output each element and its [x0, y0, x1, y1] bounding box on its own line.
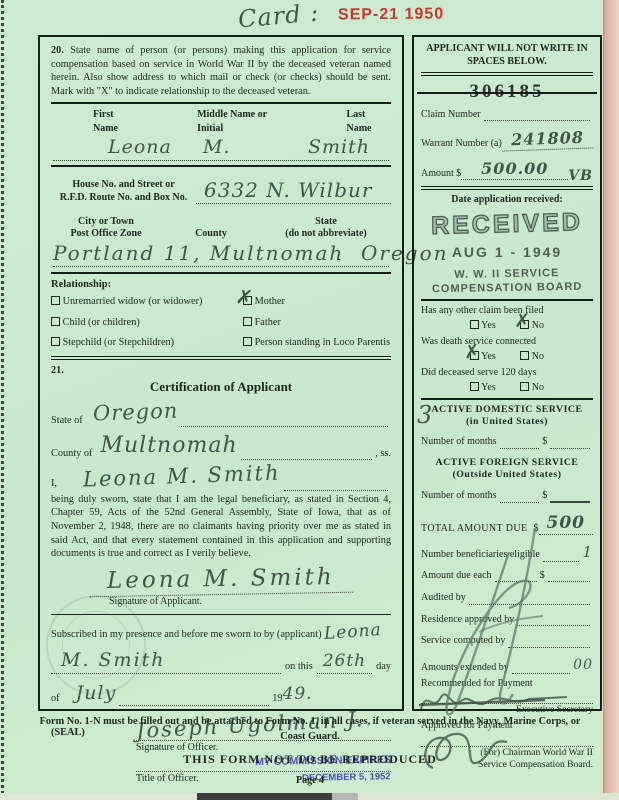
name-header-row: First Name Middle Name or Initial Last N…	[51, 108, 391, 134]
checkbox-loco-parentis[interactable]	[243, 337, 252, 346]
domestic-months-row: Number of months $	[421, 436, 593, 449]
date-received-label: Date application received:	[421, 194, 593, 207]
divider-double	[421, 186, 593, 190]
oath-paragraph: being duly sworn, state that I am the le…	[51, 493, 391, 561]
divider	[51, 165, 391, 167]
state-header: State (do not abbreviate)	[261, 216, 391, 240]
total-due-row: TOTAL AMOUNT DUE $ 500	[421, 513, 593, 535]
checkbox-death-no[interactable]	[520, 351, 529, 360]
page-number: Page 4	[30, 775, 590, 786]
day-value: 26th	[317, 650, 372, 673]
city-header: City or Town Post Office Zone	[51, 216, 161, 240]
item-21-number: 21.	[51, 364, 391, 378]
state-row: State of Oregon	[51, 399, 391, 427]
handwritten-card-note: Card :	[237, 0, 320, 33]
question-death-connected: Was death service connected Yes No	[421, 336, 593, 363]
relationship-grid: Unremarried widow (or widower) Child (or…	[51, 295, 391, 350]
audited-row: Audited by	[421, 592, 593, 605]
foreign-service-header: ACTIVE FOREIGN SERVICE (Outside United S…	[421, 457, 593, 481]
question-120-days: Did deceased serve 120 days Yes No	[421, 367, 593, 394]
certification-title: Certification of Applicant	[51, 378, 391, 395]
first-name-header: First Name	[93, 108, 139, 134]
total-due-value: 500	[539, 513, 593, 535]
amount-value: 500.00	[461, 159, 568, 180]
county-value: Multnomah	[100, 431, 237, 460]
relationship-label: Relationship:	[51, 278, 391, 292]
checkbox-120-yes[interactable]	[470, 382, 479, 391]
office-header: APPLICANT WILL NOT WRITE IN SPACES BELOW…	[421, 42, 593, 68]
ss-label: , ss.	[375, 447, 391, 461]
checkbox-child[interactable]	[51, 317, 60, 326]
divider	[421, 299, 593, 301]
strike-line	[417, 92, 597, 94]
subscribed-first-name: Leona	[323, 619, 382, 645]
relationship-option: Stepchild (or Stepchildren)	[51, 336, 243, 350]
amount-label: Amount $	[421, 168, 461, 181]
divider-double	[421, 72, 593, 76]
bottom-ui-bar	[197, 793, 332, 800]
office-use-box: APPLICANT WILL NOT WRITE IN SPACES BELOW…	[412, 35, 602, 711]
amount-row: Amount $ 500.00 VB	[421, 159, 593, 180]
domestic-service-header: ACTIVE DOMESTIC SERVICE (in United State…	[421, 404, 593, 428]
state-label: State of	[51, 414, 83, 428]
x-mark-icon	[514, 310, 530, 334]
recommended-label: Recommended for Payment	[421, 678, 593, 691]
amount-each-row: Amount due each $	[421, 570, 593, 583]
middle-name-header: Middle Name or Initial	[197, 108, 291, 134]
claim-number-label: Claim Number	[421, 109, 481, 122]
divider	[421, 398, 593, 400]
city-header-row: City or Town Post Office Zone County Sta…	[51, 216, 391, 240]
x-mark-icon	[234, 283, 254, 311]
footer-instruction: Form No. 1-N must be filled out and be a…	[30, 714, 590, 745]
board-stamp: W. W. II SERVICE COMPENSATION BOARD	[421, 266, 593, 296]
county-row: County of Multnomah , ss.	[51, 431, 391, 460]
binding-perforation-edge	[1, 0, 4, 800]
address-value: 6332 N. Wilbur	[204, 178, 372, 202]
amounts-extended-row: Amounts extended by 00	[421, 657, 593, 675]
first-name-value: Leona	[108, 135, 172, 160]
dotted-leader	[241, 448, 373, 460]
checkbox-unremarried-widow[interactable]	[51, 296, 60, 305]
beneficiaries-value: 1	[582, 543, 593, 562]
checkbox-father[interactable]	[243, 317, 252, 326]
bottom-ui-bar-segment	[332, 793, 358, 800]
relationship-option: Father	[243, 316, 391, 330]
relationship-option: Person standing in Loco Parentis	[243, 336, 391, 350]
applicant-name-value: Leona M. Smith	[83, 460, 281, 495]
extended-value: 00	[573, 657, 593, 675]
divider-double	[51, 356, 391, 360]
underlying-page-edge	[603, 0, 619, 800]
service-computed-row: Service computed by	[421, 635, 593, 648]
on-this-label: on this	[285, 660, 313, 674]
relationship-option-checked: Mother	[243, 295, 391, 309]
claim-number-stamp: 306185	[421, 80, 593, 104]
item-20-number: 20.	[51, 45, 64, 56]
relationship-option: Unremarried widow (or widower)	[51, 295, 243, 309]
address-row: House No. and Street or R.F.D. Route No.…	[51, 177, 391, 204]
county-header: County	[161, 228, 261, 240]
received-stamp: RECEIVED	[421, 207, 594, 243]
city-county-state-value: Portland 11, Multnomah Oregon	[53, 241, 449, 265]
dotted-leader	[484, 109, 590, 121]
divider	[51, 272, 391, 274]
warrant-row: Warrant Number (a) 241808	[421, 129, 593, 150]
state-value: Oregon	[92, 398, 178, 429]
item-20-instructions: 20. State name of person (or persons) ma…	[51, 44, 391, 98]
year-value: 49.	[283, 683, 313, 705]
last-name-header: Last Name	[347, 108, 392, 134]
scanned-form-page: Card : SEP-21 1950 20. State name of per…	[0, 0, 619, 800]
applicant-signature-label: Signature of Applicant.	[109, 595, 391, 608]
applicant-name-row: I, Leona M. Smith	[51, 463, 391, 491]
warrant-label: Warrant Number (a)	[421, 138, 502, 151]
application-section-box: 20. State name of person (or persons) ma…	[38, 35, 404, 711]
foreign-months-row: Number of months $	[421, 490, 593, 503]
i-label: I,	[51, 477, 57, 491]
embossed-notary-seal	[46, 595, 146, 695]
year-prefix: 19	[272, 692, 282, 706]
margin-note-3: 3	[417, 400, 433, 430]
address-value-line: 6332 N. Wilbur	[196, 177, 391, 204]
relationship-col-1: Unremarried widow (or widower) Child (or…	[51, 295, 243, 350]
last-name-value: Smith	[308, 135, 370, 160]
dotted-leader	[119, 694, 269, 706]
relationship-col-2: Mother Father Person standing in Loco Pa…	[243, 295, 391, 350]
applicant-signature: Leona M. Smith	[89, 561, 353, 597]
item-20-text: State name of person (or persons) making…	[51, 45, 391, 97]
residence-row: Residence approved by	[421, 614, 593, 627]
checkbox-claim-yes[interactable]	[470, 320, 479, 329]
name-value-line: Leona M. Smith	[53, 135, 389, 161]
checkbox-stepchild[interactable]	[51, 337, 60, 346]
address-label: House No. and Street or R.F.D. Route No.…	[51, 179, 196, 204]
divider	[51, 102, 391, 104]
middle-name-value: M.	[203, 135, 231, 160]
county-label: County of	[51, 447, 92, 461]
no-reproduce-notice: THIS FORM NOT TO BE REPRODUCED	[30, 752, 590, 767]
relationship-option: Child (or children)	[51, 316, 243, 330]
claim-number-row: Claim Number	[421, 109, 593, 122]
red-date-stamp: SEP-21 1950	[338, 6, 444, 25]
x-mark-icon	[463, 340, 481, 365]
amount-initials: VB	[568, 168, 593, 186]
city-value-line: Portland 11, Multnomah Oregon	[53, 240, 389, 267]
question-claim-filed: Has any other claim been filed Yes No	[421, 305, 593, 332]
warrant-value: 241808	[501, 128, 593, 152]
day-label: day	[376, 660, 391, 674]
dotted-leader	[181, 415, 388, 427]
beneficiaries-row: Number beneficiaries eligible 1	[421, 543, 593, 562]
checkbox-120-no[interactable]	[520, 382, 529, 391]
of-label: of	[51, 692, 60, 706]
received-date-stamp: AUG 1 - 1949	[421, 244, 593, 262]
dotted-leader	[284, 479, 388, 491]
